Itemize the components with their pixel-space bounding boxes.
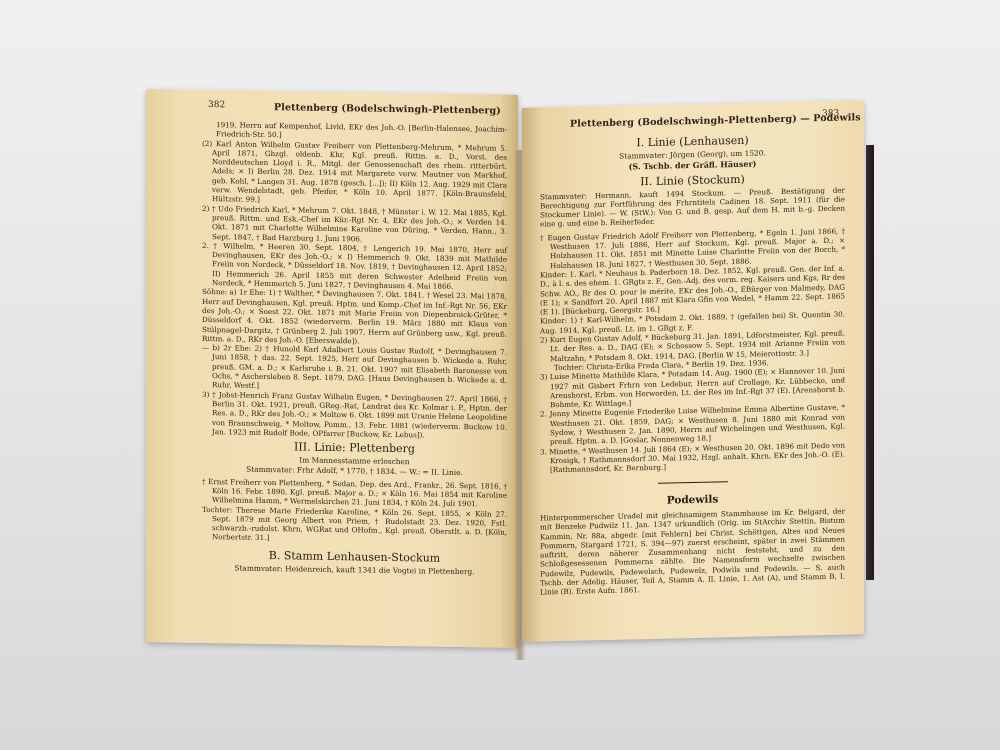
- paragraph: — b) 2r Ehe: 2) † Hunold Karl Adalbert L…: [202, 343, 507, 394]
- stammvater-paragraph: Stammvater: Hermann, kauft 1494 Stockum.…: [540, 185, 845, 229]
- paragraph: 2. † Wilhelm, * Heeren 30. Sept. 1804, †…: [202, 241, 507, 292]
- right-body-text: I. Linie (Lenhausen) Stammvater: Jörgen …: [540, 129, 845, 598]
- paragraph: Söhne: a) 1r Ehe: 1) † Walther, * Deving…: [202, 287, 507, 348]
- book-cover-edge: [866, 145, 874, 580]
- right-running-head: Plettenberg (Bodelschwingh-Plettenberg) …: [570, 112, 861, 130]
- left-body-text: 1919, Herrn auf Kempenhof, Livld, EKr de…: [202, 120, 507, 578]
- right-page: Plettenberg (Bodelschwingh-Plettenberg) …: [522, 100, 864, 642]
- left-page: 382 Plettenberg (Bodelschwingh-Plettenbe…: [146, 89, 518, 648]
- paragraph: 3) † Jobst-Henrich Franz Gustav Wilhelm …: [202, 390, 507, 441]
- podewils-paragraph: Hinterpommerscher Uradel mit gleichnamig…: [540, 507, 845, 598]
- right-page-number: 383: [822, 109, 839, 119]
- paragraph: Tochter: Therese Marie Friederike Karoli…: [202, 505, 507, 547]
- left-page-number: 382: [208, 100, 225, 110]
- paragraph: 2) † Udo Friedrich Karl, * Mehrum 7. Okt…: [202, 204, 507, 246]
- section-divider: [658, 481, 728, 484]
- left-running-head: Plettenberg (Bodelschwingh-Plettenberg): [274, 102, 501, 117]
- paragraph: † Ernst Freiherr von Plettenberg, * Seda…: [202, 477, 507, 510]
- open-book: 382 Plettenberg (Bodelschwingh-Plettenbe…: [0, 0, 1000, 750]
- paragraph: (2) Karl Anton Wilhelm Gustav Freiherr v…: [202, 139, 507, 209]
- paragraph: Kinder: 1. Karl, * Neuhaus b. Paderborn …: [540, 264, 845, 317]
